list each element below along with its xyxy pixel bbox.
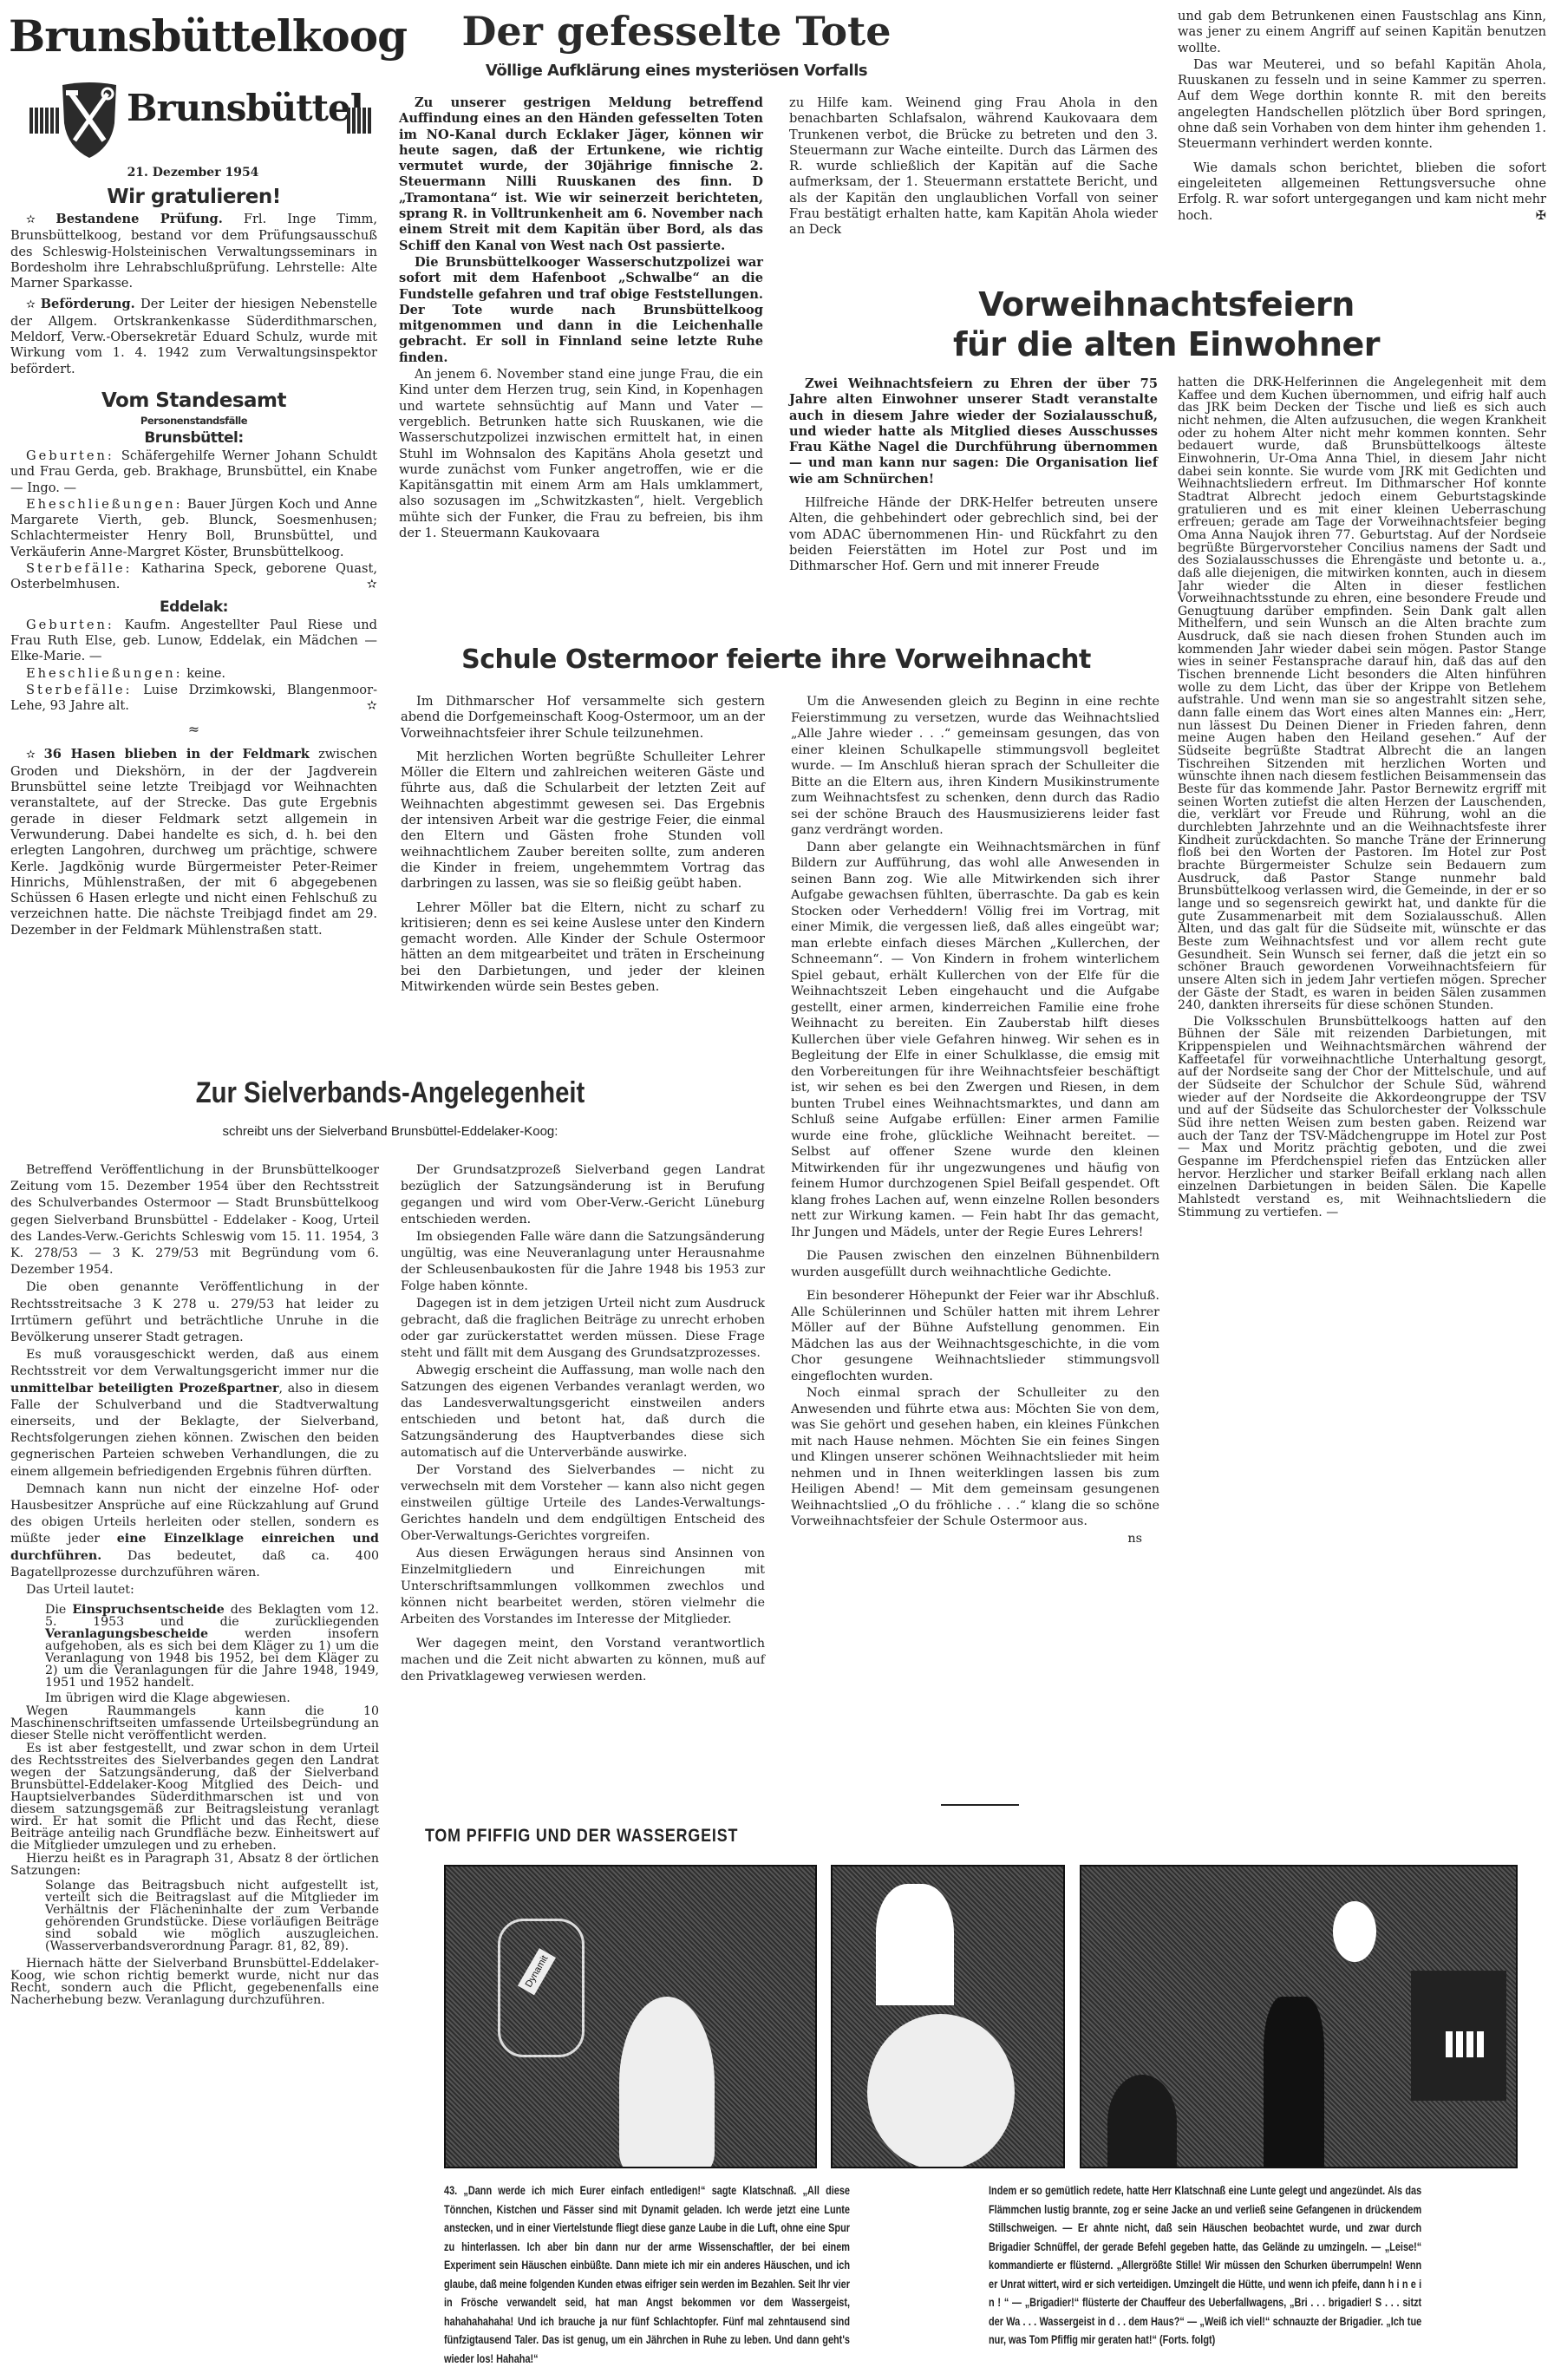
vorweihnacht-paragraph: hatten die DRK-Helferinnen die Angelegen…: [1178, 376, 1546, 1012]
tote-lead: Die Brunsbüttelkooger Wasserschutzpolize…: [399, 255, 763, 366]
sielverband-paragraph: Die oben genannte Veröffentlichung in de…: [10, 1279, 379, 1346]
star-icon: ✫: [351, 577, 377, 592]
tote-column-1: Zu unserer gestrigen Meldung betreffend …: [399, 95, 763, 542]
hasen-article: ✫ 36 Hasen blieben in der Feldmark zwisc…: [10, 747, 377, 938]
sielverband-paragraph: Im obsiegenden Falle wäre dann die Satzu…: [401, 1229, 765, 1295]
star-icon: ✫: [26, 749, 44, 762]
character-brigadier: [1264, 1997, 1324, 2168]
vorweihnacht-headline-line1: Vorweihnachtsfeiern: [780, 284, 1552, 324]
vorweihnacht-paragraph: Hilfreiche Hände der DRK-Helfer betreute…: [789, 495, 1158, 574]
masthead-title: Brunsbüttelkoog: [9, 12, 377, 61]
sielverband-rest: Wegen Raummangels kann die 10 Maschinens…: [10, 1705, 379, 2006]
sielverband-column-1: Betreffend Veröffentlichung in der Bruns…: [10, 1162, 379, 2007]
tote-paragraph: An jenem 6. November stand eine junge Fr…: [399, 367, 763, 541]
ostermoor-paragraph: Um die Anwesenden gleich zu Beginn in ei…: [791, 694, 1159, 839]
ostermoor-column-1: Im Dithmarscher Hof versammelte sich ges…: [401, 694, 765, 996]
tote-lead: Zu unserer gestrigen Meldung betreffend …: [399, 95, 763, 254]
comic-panel-2: [831, 1865, 1065, 2168]
ostermoor-headline: Schule Ostermoor feierte ihre Vorweihnac…: [390, 644, 1162, 677]
ostermoor-paragraph: Dann aber gelangte ein Weihnachtsmärchen…: [791, 840, 1159, 1241]
registry-entry: Geburten: Kaufm. Angestellter Paul Riese…: [10, 618, 377, 665]
left-column: Wir gratulieren! ✫ Bestandene Prüfung. F…: [10, 184, 377, 939]
vorweihnacht-column-2: hatten die DRK-Helferinnen die Angelegen…: [1178, 376, 1546, 1808]
tote-column-3: und gab dem Betrunkenen einen Faustschla…: [1178, 9, 1546, 225]
congrats-item: ✫ Beförderung. Der Leiter der hiesigen N…: [10, 297, 377, 376]
comic-caption-left: 43. „Dann werde ich mich Eurer einfach e…: [444, 2181, 964, 2368]
banner-right-icon: [347, 108, 373, 134]
comic-panel-1: Dynamit: [444, 1865, 817, 2168]
continued-note: (Forts. folgt): [1159, 2332, 1215, 2346]
tote-paragraph: Wie damals schon berichtet, blieben die …: [1178, 160, 1546, 224]
standesamt-heading: Vom Standesamt: [10, 388, 377, 414]
barrel-icon: [498, 1919, 585, 2057]
author-mark: ✠: [1520, 208, 1546, 224]
vorweihnacht-headline-line2: für die alten Einwohner: [780, 324, 1552, 364]
statute-quote: Solange das Beitragsbuch nicht aufgestel…: [10, 1880, 379, 1952]
comic-panel-3: [1080, 1865, 1518, 2168]
tote-paragraph: zu Hilfe kam. Weinend ging Frau Ahola in…: [789, 95, 1158, 239]
sielverband-paragraph: Das Urteil lautet:: [10, 1582, 379, 1599]
moon-icon: [1333, 1901, 1376, 1962]
vorweihnacht-headline: Vorweihnachtsfeiern für die alten Einwoh…: [780, 284, 1552, 364]
tote-paragraph: und gab dem Betrunkenen einen Faustschla…: [1178, 9, 1546, 56]
ostermoor-paragraph: Die Pausen zwischen den einzelnen Bühnen…: [791, 1248, 1159, 1280]
star-icon: ✫: [26, 298, 41, 311]
vorweihnacht-column-1: Zwei Weihnachtsfeiern zu Ehren der über …: [789, 376, 1158, 576]
sielverband-paragraph: Abwegig erscheint die Auffassung, man wo…: [401, 1363, 765, 1461]
ostermoor-paragraph: Ein besonderer Höhepunkt der Feier war i…: [791, 1288, 1159, 1384]
character-chauffeur: [1107, 2075, 1177, 2168]
star-icon: ✫: [351, 698, 377, 714]
ostermoor-paragraph: Mit herzlichen Worten begrüßte Schulleit…: [401, 749, 765, 892]
place-heading-brunsbuettel: Brunsbüttel:: [10, 428, 377, 448]
vorweihnacht-paragraph: Die Volksschulen Brunsbüttelkoogs hatten…: [1178, 1016, 1546, 1219]
registry-entry: Sterbefälle: Luise Drzimkowski, Blangenm…: [10, 683, 377, 715]
sielverband-headline: Zur Sielverbands-Angelegenheit: [0, 1076, 780, 1110]
star-icon: ✫: [26, 213, 56, 226]
sielverband-paragraph: Aus diesen Erwägungen heraus sind Ansinn…: [401, 1546, 765, 1628]
gratulieren-heading: Wir gratulieren!: [10, 184, 377, 210]
registry-entry: Sterbefälle: Katharina Speck, geborene Q…: [10, 561, 377, 593]
comic-title: TOM PFIFFIG UND DER WASSERGEIST: [425, 1828, 738, 1844]
character-face: [867, 2014, 1015, 2168]
sielverband-paragraph: Es muß vorausgeschickt werden, daß aus e…: [10, 1347, 379, 1481]
sielverband-paragraph: Der Grundsatzprozeß Sielverband gegen La…: [401, 1162, 765, 1228]
comic-caption-right: Indem er so gemütlich redete, hatte Herr…: [989, 2181, 1544, 2350]
issue-date: 21. Dezember 1954: [9, 165, 377, 180]
registry-entry: Eheschließungen: keine.: [10, 666, 377, 682]
ostermoor-paragraph: Lehrer Möller bat die Eltern, nicht zu s…: [401, 900, 765, 996]
article-divider: [941, 1804, 1019, 1806]
character-scientist: [619, 1997, 715, 2168]
ostermoor-paragraph: Noch einmal sprach der Schulleiter zu de…: [791, 1385, 1159, 1530]
place-heading-eddelak: Eddelak:: [10, 597, 377, 618]
tote-column-2: zu Hilfe kam. Weinend ging Frau Ahola in…: [789, 95, 1158, 239]
coat-of-arms-icon: [59, 80, 120, 160]
ostermoor-paragraph: Im Dithmarscher Hof versammelte sich ges…: [401, 694, 765, 742]
lit-windows-icon: [1446, 2031, 1484, 2057]
tote-headline: Der gefesselte Tote: [390, 7, 963, 56]
sielverband-column-2: Der Grundsatzprozeß Sielverband gegen La…: [401, 1162, 765, 1686]
registry-entry: Geburten: Schäfergehilfe Werner Johann S…: [10, 448, 377, 496]
standesamt-subheading: Personenstandsfälle: [10, 414, 377, 428]
author-mark: ns: [791, 1531, 1159, 1547]
tote-paragraph: Das war Meuterei, und so befahl Kapitän …: [1178, 57, 1546, 153]
masthead: Brunsbüttelkoog Brunsbüttel: [9, 12, 377, 160]
congrats-item: ✫ Bestandene Prüfung. Frl. Inge Timm, Br…: [10, 212, 377, 291]
ostermoor-column-2: Um die Anwesenden gleich zu Beginn in ei…: [791, 694, 1159, 1547]
verdict-quote: Die Einspruchsentscheide des Beklagten v…: [10, 1604, 379, 1704]
sielverband-paragraph: Der Vorstand des Sielverbandes — nicht z…: [401, 1462, 765, 1545]
sielverband-byline: schreibt uns der Sielverband Brunsbüttel…: [0, 1124, 780, 1140]
banner-left-icon: [29, 108, 61, 134]
registry-entry: Eheschließungen: Bauer Jürgen Koch und A…: [10, 497, 377, 560]
sielverband-paragraph: Demnach kann nun nicht der einzelne Hof-…: [10, 1481, 379, 1581]
tote-subheadline: Völlige Aufklärung eines mysteriösen Vor…: [390, 61, 963, 82]
sielverband-paragraph: Dagegen ist in dem jetzigen Urteil nicht…: [401, 1296, 765, 1362]
top-hat-icon: [876, 1884, 954, 2005]
sielverband-paragraph: Betreffend Veröffentlichung in der Bruns…: [10, 1162, 379, 1278]
wave-divider-icon: ≈: [10, 721, 377, 738]
masthead-subtitle: Brunsbüttel: [127, 87, 363, 130]
vorweihnacht-lead: Zwei Weihnachtsfeiern zu Ehren der über …: [789, 376, 1158, 487]
sielverband-paragraph: Wer dagegen meint, den Vorstand verantwo…: [401, 1636, 765, 1685]
